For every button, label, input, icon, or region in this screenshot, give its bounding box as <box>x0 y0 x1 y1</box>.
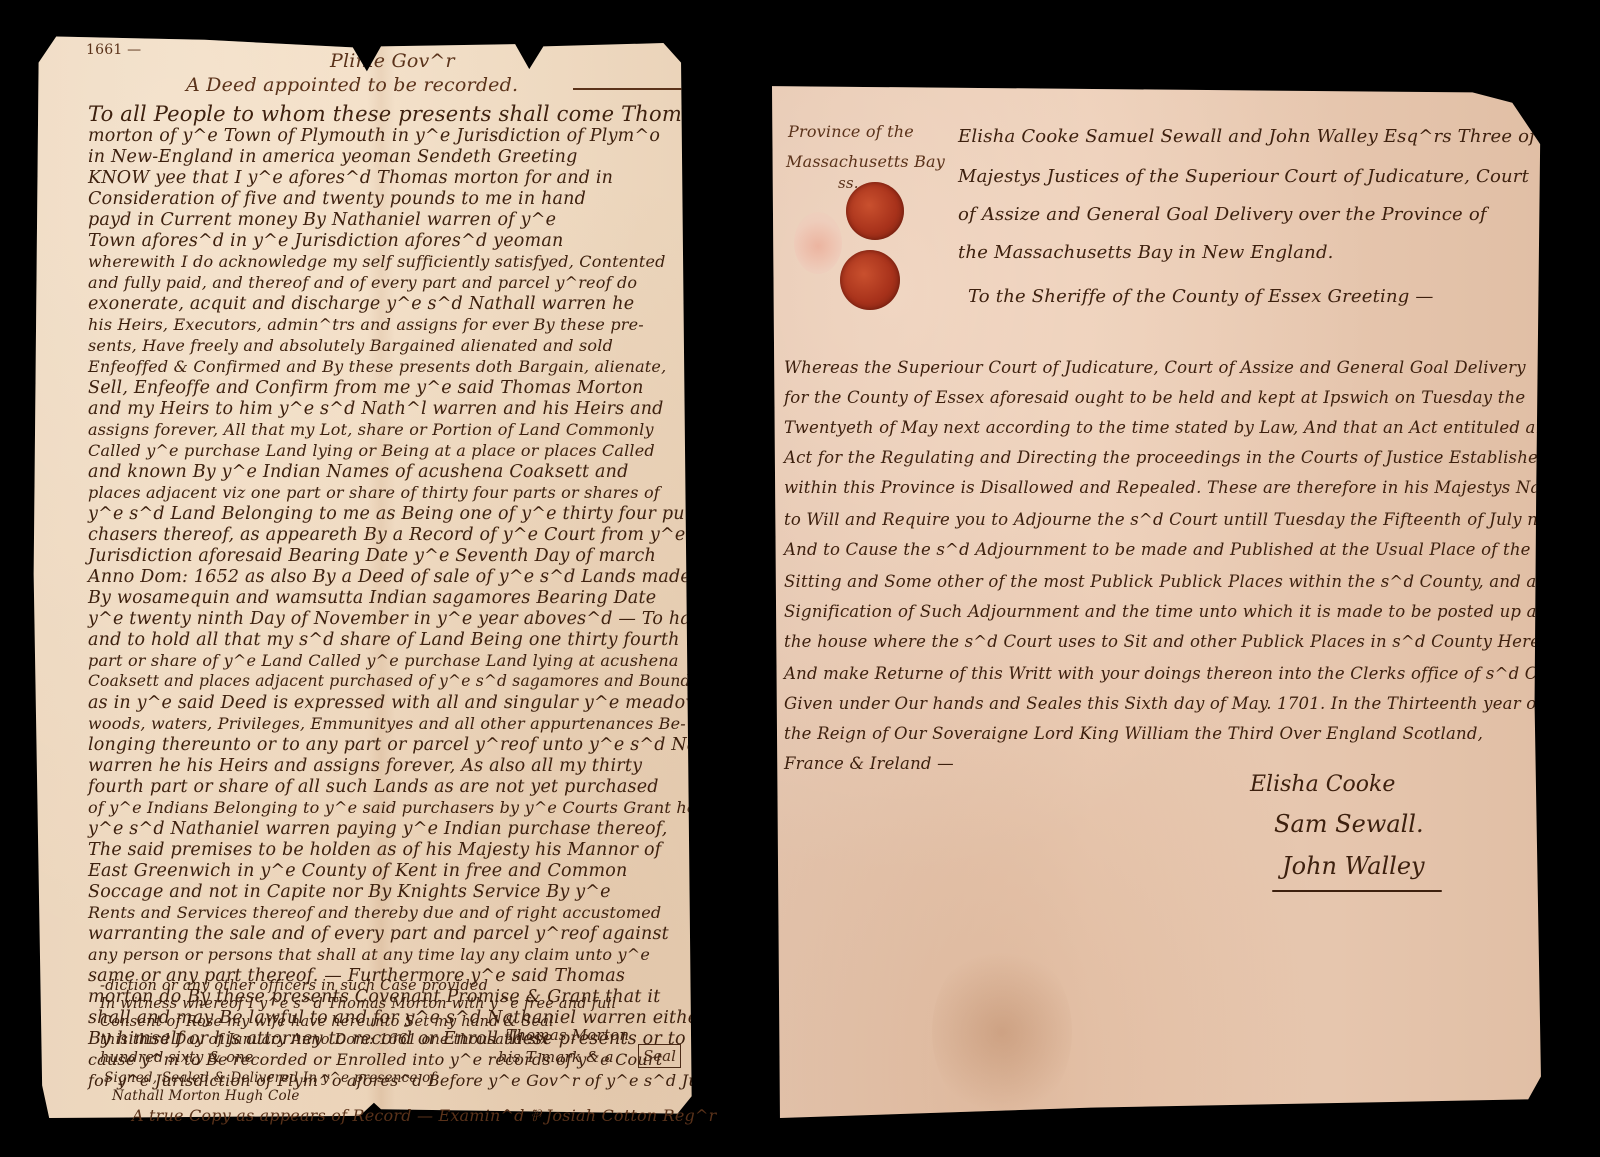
red-wax-seal-bottom <box>840 250 900 310</box>
writ-body-line: within this Province is Disallowed and R… <box>784 478 1566 497</box>
writ-body-line: Act for the Regulating and Directing the… <box>784 448 1549 467</box>
deed-line: and to hold all that my s^d share of Lan… <box>88 630 680 650</box>
writ-body-line: France & Ireland — <box>784 754 954 773</box>
margin-heading-massachusetts: Massachusetts Bay <box>786 152 945 171</box>
deed-line: same or any part thereof. — Furthermore … <box>88 966 625 986</box>
deed-line: y^e s^d Land Belonging to me as Being on… <box>88 504 699 524</box>
writ-header-line: of Assize and General Goal Delivery over… <box>958 204 1487 225</box>
heading-rule <box>573 88 683 90</box>
deed-line: y^e twenty ninth Day of November in y^e … <box>88 609 712 629</box>
deed-line: morton of y^e Town of Plymouth in y^e Ju… <box>88 126 660 146</box>
deed-line: chasers thereof, as appeareth By a Recor… <box>88 525 685 545</box>
writ-body-line: the Reign of Our Soveraigne Lord King Wi… <box>784 724 1483 743</box>
deed-line: Sell, Enfeoffe and Confirm from me y^e s… <box>88 378 644 398</box>
deed-line: y^e s^d Nathaniel warren paying y^e Indi… <box>88 819 668 839</box>
signature-john-walley: John Walley <box>1282 852 1425 880</box>
writ-document-1701: Province of the Massachusetts Bay ss. El… <box>772 82 1568 1118</box>
deed-line: KNOW yee that I y^e afores^d Thomas mort… <box>88 168 613 188</box>
writ-body-line: Twentyeth of May next according to the t… <box>784 418 1546 437</box>
deed-line: Rents and Services thereof and thereby d… <box>88 903 661 922</box>
year-note: 1661 — <box>86 42 141 58</box>
deed-line: Enfeoffed & Confirmed and By these prese… <box>88 357 666 376</box>
deed-line: and known By y^e Indian Names of acushen… <box>88 462 629 482</box>
deed-line: of y^e Indians Belonging to y^e said pur… <box>88 798 697 817</box>
deed-line: and my Heirs to him y^e s^d Nath^l warre… <box>88 399 664 419</box>
signature-flourish <box>1272 890 1442 892</box>
writ-body-line: Sitting and Some other of the most Publi… <box>784 572 1600 591</box>
signature-elisha-cooke: Elisha Cooke <box>1250 772 1395 797</box>
deed-line: as in y^e said Deed is expressed with al… <box>88 693 715 713</box>
deed-line: Soccage and not in Capite nor By Knights… <box>88 882 611 902</box>
deed-line: By himself or his attorney to record or … <box>88 1029 686 1049</box>
deed-line: shall and may Be lawful to and for y^e s… <box>88 1008 707 1028</box>
deed-document-1661: 1661 — Plime Gov^r A Deed appointed to b… <box>28 30 734 1118</box>
deed-line: By wosamequin and wamsutta Indian sagamo… <box>88 588 656 608</box>
writ-body-line: Whereas the Superiour Court of Judicatur… <box>784 358 1526 377</box>
deed-line: for y^e Jurisdiction of Plym^o afores^d … <box>88 1071 726 1090</box>
deed-line: payd in Current money By Nathaniel warre… <box>88 210 556 230</box>
faded-wax-seal <box>794 212 842 274</box>
paper-stain <box>932 942 1072 1122</box>
writ-header-line: Majestys Justices of the Superiour Court… <box>958 166 1529 187</box>
signature-sam-sewall: Sam Sewall. <box>1274 810 1424 838</box>
deed-line: fourth part or share of all such Lands a… <box>88 777 659 797</box>
deed-line: his Heirs, Executors, admin^trs and assi… <box>88 315 644 334</box>
deed-line: Anno Dom: 1652 as also By a Deed of sale… <box>88 567 691 587</box>
writ-header-line: the Massachusetts Bay in New England. <box>958 242 1334 263</box>
deed-line: woods, waters, Privileges, Emmunityes an… <box>88 714 686 733</box>
writ-header-line: Elisha Cooke Samuel Sewall and John Wall… <box>958 126 1569 147</box>
writ-salutation: To the Sheriffe of the County of Essex G… <box>968 286 1434 307</box>
margin-heading-province: Province of the <box>788 122 914 141</box>
deed-line: Consideration of five and twenty pounds … <box>88 189 586 209</box>
deed-heading: Plime Gov^r <box>330 50 455 72</box>
writ-body-line: And to Cause the s^d Adjournment to be m… <box>784 540 1600 559</box>
deed-line: any person or persons that shall at any … <box>88 945 650 964</box>
deed-line: places adjacent viz one part or share of… <box>88 483 660 502</box>
deed-line: The said premises to be holden as of his… <box>88 840 661 860</box>
deed-line: Coaksett and places adjacent purchased o… <box>88 672 710 690</box>
deed-line: Jurisdiction aforesaid Bearing Date y^e … <box>88 546 656 566</box>
deed-subheading: A Deed appointed to be recorded. <box>186 74 518 96</box>
deed-line: Town afores^d in y^e Jurisdiction afores… <box>88 231 563 251</box>
writ-body-line: Signification of Such Adjournment and th… <box>784 602 1600 621</box>
deed-line: part or share of y^e Land Called y^e pur… <box>88 651 679 670</box>
deed-line: assigns forever, All that my Lot, share … <box>88 420 654 439</box>
deed-line: in New-England in america yeoman Sendeth… <box>88 147 578 167</box>
writ-body-line: Given under Our hands and Seales this Si… <box>784 694 1543 713</box>
writ-body-line: for the County of Essex aforesaid ought … <box>784 388 1525 407</box>
deed-line: sents, Have freely and absolutely Bargai… <box>88 336 613 355</box>
writ-body-line: the house where the s^d Court uses to Si… <box>784 632 1600 651</box>
writ-body-line: to Will and Require you to Adjourne the … <box>784 510 1564 529</box>
deed-line: wherewith I do acknowledge my self suffi… <box>88 252 666 271</box>
deed-line: morton do By these presents Covenant Pro… <box>88 987 660 1007</box>
red-wax-seal-top <box>846 182 904 240</box>
deed-line: East Greenwich in y^e County of Kent in … <box>88 861 628 881</box>
deed-line: warren he his Heirs and assigns forever,… <box>88 756 642 776</box>
deed-line: To all People to whom these presents sha… <box>88 102 706 126</box>
deed-line: Called y^e purchase Land lying or Being … <box>88 441 655 460</box>
deed-line: longing thereunto or to any part or parc… <box>88 735 737 755</box>
deed-line: and fully paid, and thereof and of every… <box>88 273 637 292</box>
deed-line: exonerate, acquit and discharge y^e s^d … <box>88 294 634 314</box>
deed-line: warranting the sale and of every part an… <box>88 924 669 944</box>
writ-body-line: And make Returne of this Writt with your… <box>784 664 1574 683</box>
deed-line: cause y^m to Be recorded or Enrolled int… <box>88 1050 662 1069</box>
